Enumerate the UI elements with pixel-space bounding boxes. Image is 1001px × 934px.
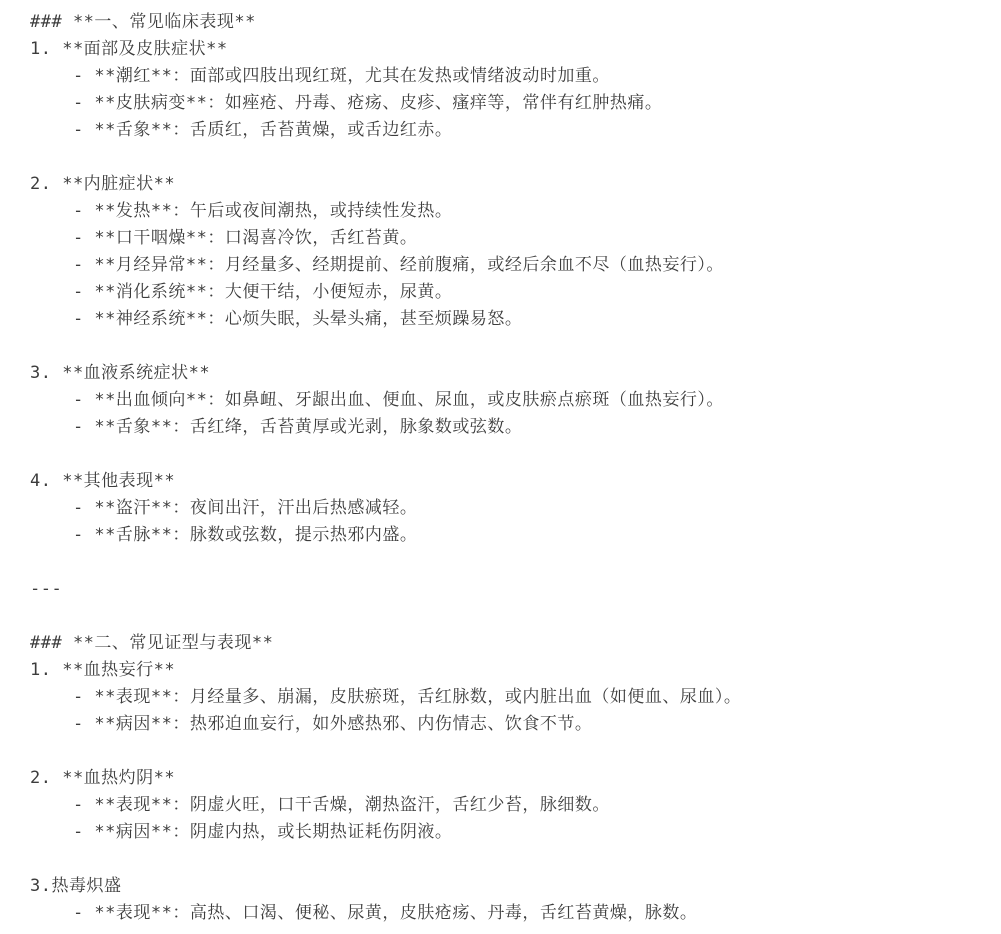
list-item: - **月经异常**：月经量多、经期提前、经前腹痛，或经后余血不尽（血热妄行）。 [30, 252, 993, 279]
list-item: - **盗汗**：夜间出汗，汗出后热感减轻。 [30, 495, 993, 522]
list-item: - **表现**：高热、口渴、便秘、尿黄，皮肤疮疡、丹毒，舌红苔黄燥，脉数。 [30, 900, 993, 927]
horizontal-rule-text: --- [30, 576, 993, 603]
list-item: - **病因**：热邪迫血妄行，如外感热邪、内伤情志、饮食不节。 [30, 711, 993, 738]
blank-line [30, 441, 993, 468]
list-item: - **舌脉**：脉数或弦数，提示热邪内盛。 [30, 522, 993, 549]
blank-line [30, 603, 993, 630]
list-item: 1. **面部及皮肤症状** [30, 36, 993, 63]
list-item: 3. **血液系统症状** [30, 360, 993, 387]
list-item: 2. **血热灼阴** [30, 765, 993, 792]
list-item: - **病因**：阴虚内热，或长期热证耗伤阴液。 [30, 819, 993, 846]
list-item: 3.热毒炽盛 [30, 873, 993, 900]
list-item: - **神经系统**：心烦失眠，头晕头痛，甚至烦躁易怒。 [30, 306, 993, 333]
blank-line [30, 846, 993, 873]
list-item: 1. **血热妄行** [30, 657, 993, 684]
blank-line [30, 333, 993, 360]
list-item: 2. **内脏症状** [30, 171, 993, 198]
blank-line [30, 549, 993, 576]
list-item: - **发热**：午后或夜间潮热，或持续性发热。 [30, 198, 993, 225]
list-item: - **潮红**：面部或四肢出现红斑，尤其在发热或情绪波动时加重。 [30, 63, 993, 90]
list-item: - **表现**：月经量多、崩漏，皮肤瘀斑，舌红脉数，或内脏出血（如便血、尿血）… [30, 684, 993, 711]
list-item: - **皮肤病变**：如痤疮、丹毒、疮疡、皮疹、瘙痒等，常伴有红肿热痛。 [30, 90, 993, 117]
list-item: - **舌象**：舌红绛，舌苔黄厚或光剥，脉象数或弦数。 [30, 414, 993, 441]
list-item: - **口干咽燥**：口渴喜冷饮，舌红苔黄。 [30, 225, 993, 252]
heading-section-1: ### **一、常见临床表现** [30, 9, 993, 36]
list-item: 4. **其他表现** [30, 468, 993, 495]
blank-line [30, 738, 993, 765]
blank-line [30, 144, 993, 171]
list-item: - **出血倾向**：如鼻衄、牙龈出血、便血、尿血，或皮肤瘀点瘀斑（血热妄行）。 [30, 387, 993, 414]
list-item: - **舌象**：舌质红，舌苔黄燥，或舌边红赤。 [30, 117, 993, 144]
list-item: - **表现**：阴虚火旺，口干舌燥，潮热盗汗，舌红少苔，脉细数。 [30, 792, 993, 819]
list-item: - **消化系统**：大便干结，小便短赤，尿黄。 [30, 279, 993, 306]
document-text: ### **一、常见临床表现** 1. **面部及皮肤症状** - **潮红**… [0, 0, 1001, 934]
heading-section-2: ### **二、常见证型与表现** [30, 630, 993, 657]
